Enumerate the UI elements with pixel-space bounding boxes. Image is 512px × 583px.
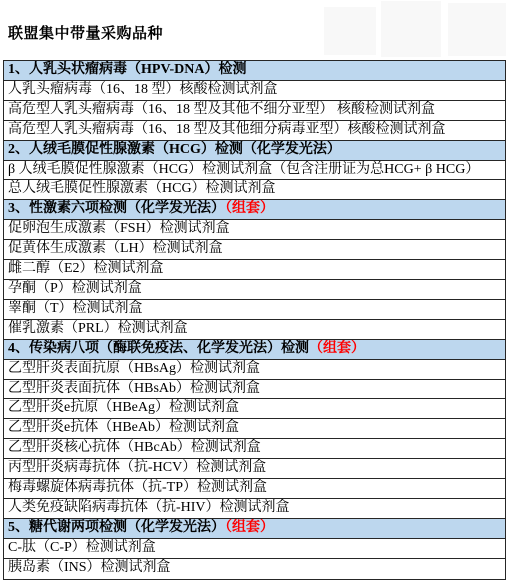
table-row: 促黄体生成激素（LH）检测试剂盒 xyxy=(4,240,505,260)
table-row: 雌二醇（E2）检测试剂盒 xyxy=(4,260,505,280)
item-label: 孕酮（P）检测试剂盒 xyxy=(8,281,142,296)
section-header-3: 3、性激素六项检测（化学发光法）（组套） xyxy=(4,200,505,220)
item-label: 催乳激素（PRL）检测试剂盒 xyxy=(8,321,188,336)
item-label: 人类免疫缺陷病毒抗体（抗-HIV）检测试剂盒 xyxy=(8,500,290,515)
section-header-2: 2、人绒毛膜促性腺激素（HCG）检测（化学发光法） xyxy=(4,141,505,161)
table-row: 胰岛素（INS）检测试剂盒 xyxy=(4,559,505,579)
table-row: 丙型肝炎病毒抗体（抗-HCV）检测试剂盒 xyxy=(4,459,505,479)
item-label: 乙型肝炎表面抗体（HBsAb）检测试剂盒 xyxy=(8,381,260,396)
table-row: 乙型肝炎表面抗体（HBsAb）检测试剂盒 xyxy=(4,380,505,400)
table-row: 人乳头瘤病毒（16、18 型）核酸检测试剂盒 xyxy=(4,81,505,101)
procurement-table: 1、人乳头状瘤病毒（HPV-DNA）检测 人乳头瘤病毒（16、18 型）核酸检测… xyxy=(3,60,506,580)
section-header-1: 1、人乳头状瘤病毒（HPV-DNA）检测 xyxy=(4,61,505,81)
table-row: 高危型人乳头瘤病毒（16、18 型及其他不细分亚型） 核酸检测试剂盒 xyxy=(4,101,505,121)
background-block-2 xyxy=(381,1,441,57)
table-row: 总人绒毛膜促性腺激素（HCG）检测试剂盒 xyxy=(4,180,505,200)
section-header-text: 2、人绒毛膜促性腺激素（HCG）检测（化学发光法） xyxy=(8,142,341,157)
table-row: 梅毒螺旋体病毒抗体（抗-TP）检测试剂盒 xyxy=(4,479,505,499)
table-row: 乙型肝炎e抗原（HBeAg）检测试剂盒 xyxy=(4,399,505,419)
section-header-highlight: （组套） xyxy=(225,520,274,535)
table-row: 人类免疫缺陷病毒抗体（抗-HIV）检测试剂盒 xyxy=(4,499,505,519)
item-label: 梅毒螺旋体病毒抗体（抗-TP）检测试剂盒 xyxy=(8,480,267,495)
item-label: 人乳头瘤病毒（16、18 型）核酸检测试剂盒 xyxy=(8,82,278,97)
item-label: C-肽（C-P）检测试剂盒 xyxy=(8,540,156,555)
item-label: 促卵泡生成激素（FSH）检测试剂盒 xyxy=(8,221,230,236)
item-label: 促黄体生成激素（LH）检测试剂盒 xyxy=(8,241,223,256)
item-label: 高危型人乳头瘤病毒（16、18 型及其他不细分亚型） 核酸检测试剂盒 xyxy=(8,102,435,117)
section-header-4: 4、传染病八项（酶联免疫法、化学发光法）检测（组套） xyxy=(4,340,505,360)
section-header-highlight: （组套） xyxy=(225,201,274,216)
section-header-text: 3、性激素六项检测（化学发光法） xyxy=(8,201,225,216)
section-header-5: 5、糖代谢两项检测（化学发光法）（组套） xyxy=(4,519,505,539)
item-label: 乙型肝炎核心抗体（HBcAb）检测试剂盒 xyxy=(8,440,261,455)
background-block-3 xyxy=(448,3,506,56)
table-row: 催乳激素（PRL）检测试剂盒 xyxy=(4,320,505,340)
section-header-text: 4、传染病八项（酶联免疫法、化学发光法）检测 xyxy=(8,341,309,356)
background-block-1 xyxy=(324,7,376,55)
item-label: β 人绒毛膜促性腺激素（HCG）检测试剂盒（包含注册证为总HCG+ β HCG） xyxy=(8,162,479,177)
item-label: 胰岛素（INS）检测试剂盒 xyxy=(8,560,171,575)
item-label: 乙型肝炎e抗体（HBeAb）检测试剂盒 xyxy=(8,420,239,435)
section-header-text: 5、糖代谢两项检测（化学发光法） xyxy=(8,520,225,535)
item-label: 高危型人乳头瘤病毒（16、18 型及其他细分病毒亚型）核酸检测试剂盒 xyxy=(8,122,446,137)
table-row: 乙型肝炎核心抗体（HBcAb）检测试剂盒 xyxy=(4,439,505,459)
page-title: 联盟集中带量采购品种 xyxy=(8,22,163,43)
table-row: 乙型肝炎表面抗原（HBsAg）检测试剂盒 xyxy=(4,360,505,380)
item-label: 雌二醇（E2）检测试剂盒 xyxy=(8,261,164,276)
section-header-highlight: （组套） xyxy=(309,341,365,356)
item-label: 丙型肝炎病毒抗体（抗-HCV）检测试剂盒 xyxy=(8,460,266,475)
table-row: 睾酮（T）检测试剂盒 xyxy=(4,300,505,320)
table-row: 孕酮（P）检测试剂盒 xyxy=(4,280,505,300)
item-label: 乙型肝炎e抗原（HBeAg）检测试剂盒 xyxy=(8,400,239,415)
table-row: C-肽（C-P）检测试剂盒 xyxy=(4,539,505,559)
section-header-text: 1、人乳头状瘤病毒（HPV-DNA）检测 xyxy=(8,62,247,77)
table-row: 高危型人乳头瘤病毒（16、18 型及其他细分病毒亚型）核酸检测试剂盒 xyxy=(4,121,505,141)
table-row: β 人绒毛膜促性腺激素（HCG）检测试剂盒（包含注册证为总HCG+ β HCG） xyxy=(4,161,505,181)
table-row: 乙型肝炎e抗体（HBeAb）检测试剂盒 xyxy=(4,419,505,439)
item-label: 总人绒毛膜促性腺激素（HCG）检测试剂盒 xyxy=(8,181,276,196)
item-label: 睾酮（T）检测试剂盒 xyxy=(8,301,143,316)
item-label: 乙型肝炎表面抗原（HBsAg）检测试剂盒 xyxy=(8,361,260,376)
table-row: 促卵泡生成激素（FSH）检测试剂盒 xyxy=(4,220,505,240)
